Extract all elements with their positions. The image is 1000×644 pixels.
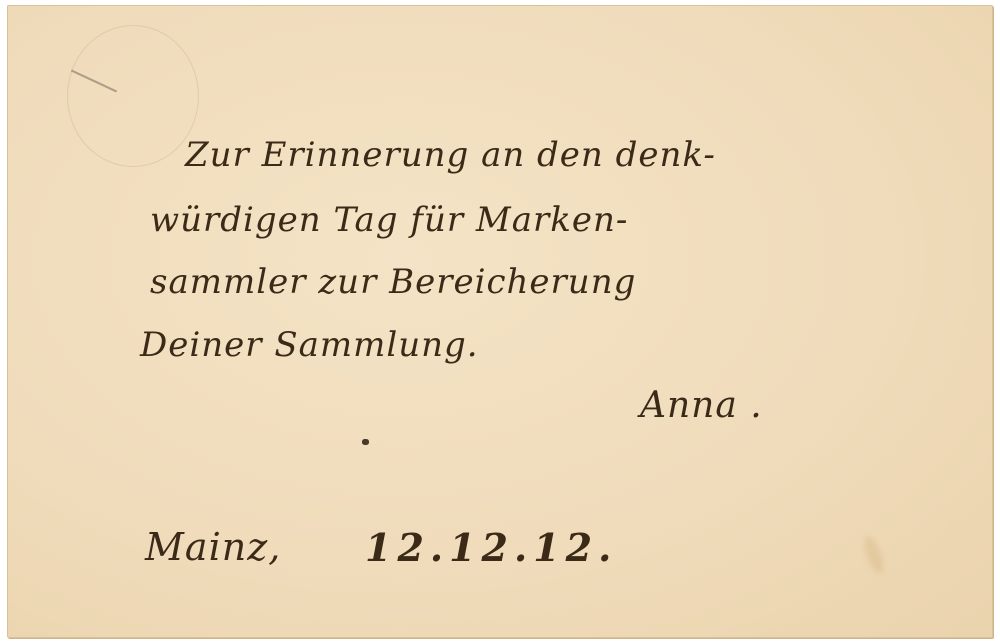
message-line-3: sammler zur Bereicherung [150, 262, 636, 302]
message-line-2: würdigen Tag für Marken- [150, 200, 628, 240]
message-line-1: Zur Erinnerung an den denk- [185, 135, 716, 175]
date: 12.12.12. [365, 525, 617, 570]
ink-spot [362, 439, 369, 445]
signature: Anna . [640, 385, 763, 426]
faded-postmark [67, 25, 199, 167]
paper-stain [861, 534, 888, 576]
place-name: Mainz, [145, 525, 281, 569]
message-line-4: Deiner Sammlung. [140, 325, 479, 365]
